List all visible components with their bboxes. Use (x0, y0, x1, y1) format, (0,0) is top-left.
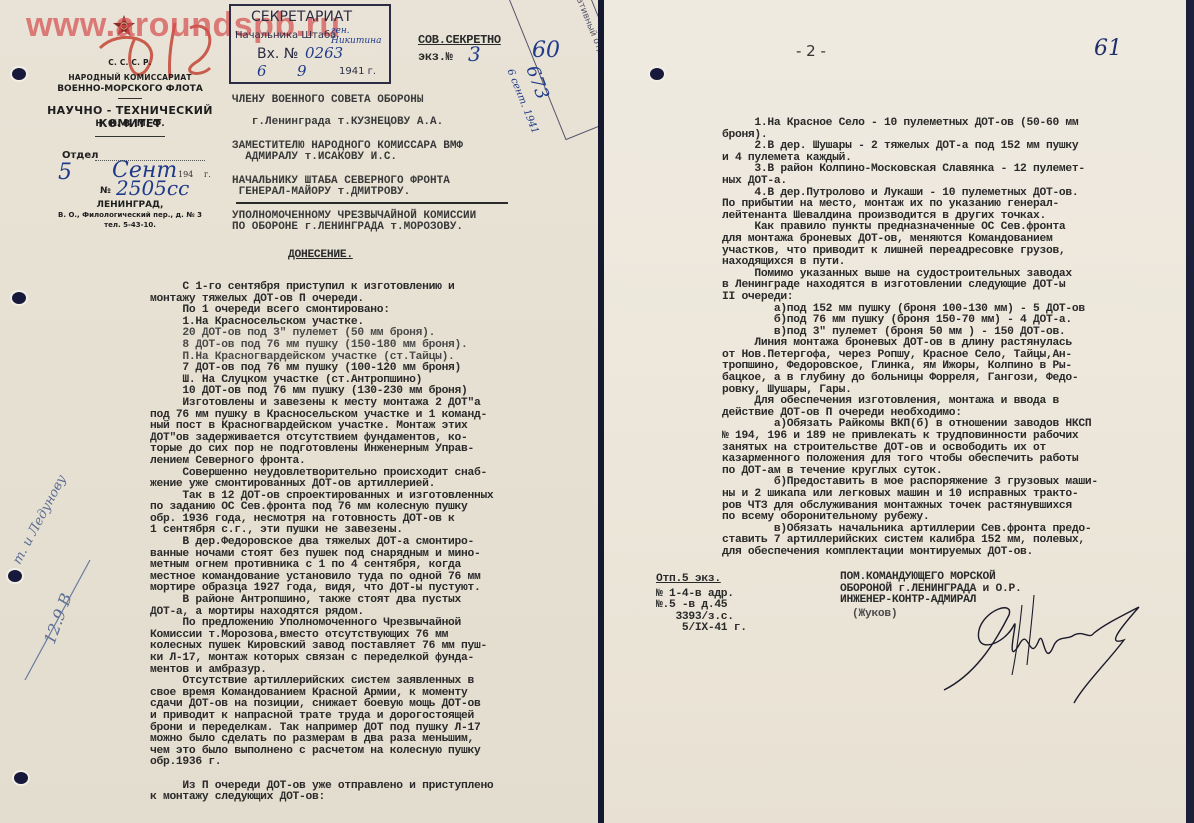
stamp-handwritten-note: ген. Никитина (331, 26, 389, 46)
report-body-continued: 1.На Красное Село - 10 пулеметных ДОТ-ов… (722, 118, 1098, 559)
stamp-incoming-label: Вх. № (257, 46, 298, 62)
ops-stamp-label: Оперативный отдел штаба (565, 0, 600, 97)
body-line: обр.1936 г. (150, 757, 493, 769)
punch-hole (12, 292, 26, 304)
letterhead-navy: ВОЕННО-МОРСКОГО ФЛОТА (40, 84, 220, 94)
addressee-line: ПО ОБОРОНЕ г.ЛЕНИНГРАДА т.МОРОЗОВУ. (232, 221, 463, 233)
body-line: и приводит к напрасной трате труда и дор… (150, 711, 493, 723)
body-line: можно было сделать по размерам в два раз… (150, 734, 493, 746)
punch-hole (12, 68, 26, 80)
secretariat-stamp: СЕКРЕТАРИАТ Начальника Штаба ген. Никити… (229, 4, 391, 84)
operations-department-stamp: Оперативный отдел штаба (505, 0, 600, 140)
body-line: лением Северного фронта. (150, 456, 493, 468)
addressee-line: ЧЛЕНУ ВОЕННОГО СОВЕТА ОБОРОНЫ (232, 94, 423, 106)
letterhead-country: С. С. С. Р. (40, 58, 220, 67)
margin-cross-mark (20, 530, 100, 690)
classification: СОВ.СЕКРЕТНО (418, 35, 501, 47)
handwritten-signature (934, 585, 1154, 725)
body-line: ных ДОТ-а. (722, 176, 1098, 188)
copy-label: экз.№ (418, 52, 453, 64)
body-line: б)под 76 мм пушку (броня 150-70 мм) - 4 … (722, 315, 1098, 327)
signatory-title: ПОМ.КОМАНДУЮЩЕГО МОРСКОЙ (840, 572, 1021, 584)
body-line: для обеспечения комплектации монтируемых… (722, 547, 1098, 559)
distribution-list: Отп.5 экз. № 1-4-в адр. №.5 -в д.45 3393… (656, 574, 747, 635)
date-day-handwritten: 5 (58, 160, 72, 185)
punch-hole (14, 772, 28, 784)
letterhead-commissariat: НАРОДНЫЙ КОМИССАРИАТ (40, 73, 220, 82)
addressee-line: г.Ленинграда т.КУЗНЕЦОВУ А.А. (232, 116, 443, 128)
distribution-line: 5/IX-41 г. (656, 623, 747, 635)
body-line: ки Л-17, монтаж которых связан с передел… (150, 653, 493, 665)
body-line: находящихся в пути. (722, 257, 1098, 269)
outgoing-number-handwritten: 2505сс (116, 176, 189, 200)
stamp-day: 6 (257, 62, 267, 80)
letterhead-phone: тел. 5-43-10. (40, 221, 220, 229)
stamp-title: СЕКРЕТАРИАТ (251, 9, 352, 25)
page-number: - 2 - (796, 42, 826, 60)
copy-number: 3 (468, 42, 481, 66)
addressee-line: АДМИРАЛУ т.ИСАКОВУ И.С. (232, 151, 397, 163)
body-line: ный пост в Красногвардейском участке. Мо… (150, 421, 493, 433)
punch-hole (650, 68, 664, 80)
folio-number-handwritten: 61 (1094, 36, 1122, 61)
body-line: к монтажу следующих ДОТ-ов: (150, 792, 493, 804)
date-year-suffix: г. (204, 170, 211, 179)
addressee-line: ГЕНЕРАЛ-МАЙОРУ т.ДМИТРОВУ. (232, 186, 410, 198)
body-line: В дер.Федоровское два тяжелых ДОТ-а смон… (150, 537, 493, 549)
scan-border (1186, 0, 1194, 823)
body-line: 7 ДОТ-ов под 76 мм пушку (100-120 мм бро… (150, 363, 493, 375)
body-line: 1.На Красное Село - 10 пулеметных ДОТ-ов… (722, 118, 1098, 130)
body-line: В районе Антропшино, также стоят два пус… (150, 595, 493, 607)
stamp-subtitle: Начальника Штаба (235, 30, 336, 41)
body-line: II очереди: (722, 292, 1098, 304)
divider (95, 136, 165, 137)
body-line: С 1-го сентября приступил к изготовлению… (150, 282, 493, 294)
distribution-title: Отп.5 экз. (656, 574, 747, 586)
divider (118, 98, 142, 99)
body-line: По прибытии на место, монтаж их по указа… (722, 199, 1098, 211)
letterhead-abbr: Н. К. В. М. Ф. (40, 119, 220, 129)
body-line: бацкое, а в глубину до больницы Форреля,… (722, 373, 1098, 385)
number-label: № (100, 186, 111, 196)
document-page-1: www.aroundspb.ru С. С. С. Р. НАРОДНЫЙ КО… (0, 0, 600, 823)
body-line: для монтажа броневых ДОТ-ов, меняются Ко… (722, 234, 1098, 246)
body-line: жение уже смонтированных ДОТ-ов артиллер… (150, 479, 493, 491)
document-heading: ДОНЕСЕНИЕ. (288, 250, 353, 262)
stamp-incoming-number: 0263 (305, 44, 343, 62)
report-body: С 1-го сентября приступил к изготовлению… (150, 282, 493, 804)
addressee-divider (236, 202, 508, 204)
document-page-2: - 2 - 61 1.На Красное Село - 10 пулеметн… (604, 0, 1186, 823)
body-line: ны и 2 шикапа или легковых машин и 10 ис… (722, 489, 1098, 501)
body-line: 8 ДОТ-ов под 76 мм пушку (150-180 мм бро… (150, 340, 493, 352)
stamp-year: 1941 г. (339, 66, 376, 77)
stamp-month: 9 (297, 62, 307, 80)
body-line: Изготовлены и завезены к месту монтажа 2… (150, 398, 493, 410)
letterhead-address: В. О., Филологический пер., д. № 3 (30, 211, 230, 219)
body-line: № 194, 196 и 189 не привлекать к трудпов… (722, 431, 1098, 443)
letterhead-city: ЛЕНИНГРАД, (40, 200, 220, 210)
body-line (150, 769, 493, 781)
